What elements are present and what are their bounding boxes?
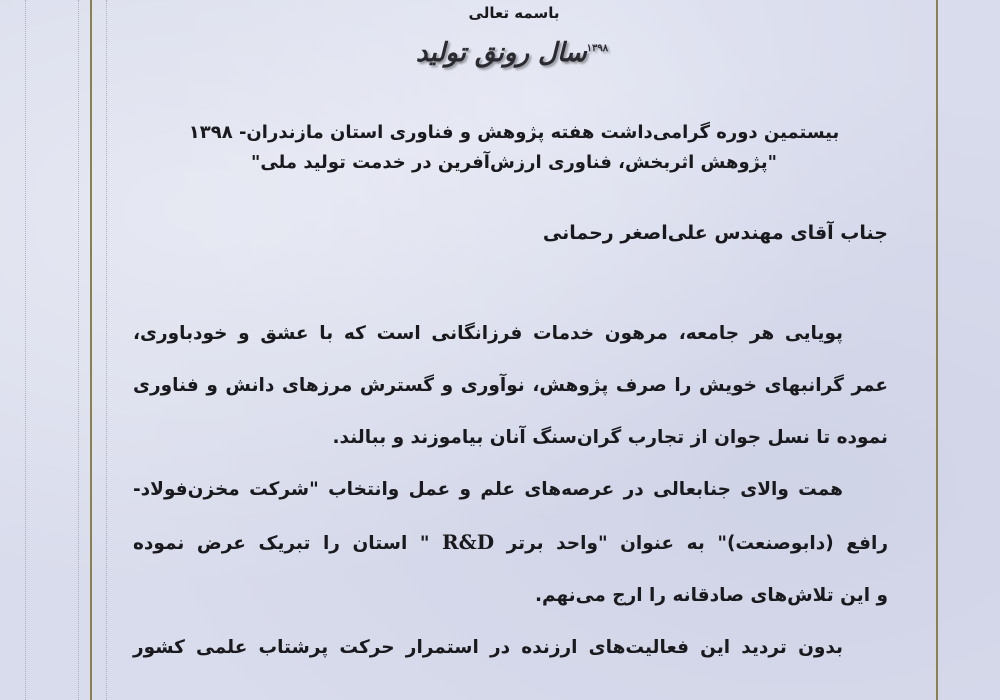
letter-body: پویایی هر جامعه، مرهون خدمات فرزانگانی ا… — [133, 308, 888, 674]
body-line: نموده تا نسل جوان از تجارب گران‌سنگ آنان… — [133, 412, 888, 464]
body-line: و این تلاش‌های صادقانه را ارج می‌نهم. — [133, 570, 888, 622]
rd-line-after: " استان را تبریک عرض نموده — [133, 533, 442, 554]
event-motto-line: "پژوهش اثربخش، فناوری ارزش‌آفرین در خدمت… — [92, 148, 936, 178]
frame-rule-right — [936, 0, 938, 700]
rd-highlight: R&D — [442, 530, 494, 554]
body-line: پویایی هر جامعه، مرهون خدمات فرزانگانی ا… — [133, 308, 888, 360]
body-line: همت والای جنابعالی در عرصه‌های علم و عمل… — [133, 464, 888, 516]
letter-page: باسمه تعالی ۱۳۹۸سال رونق تولید بیستمین د… — [92, 0, 936, 700]
addressee: جناب آقای مهندس علی‌اصغر رحمانی — [543, 222, 888, 244]
paragraph-3: بدون تردید این فعالیت‌های ارزنده در استم… — [133, 622, 888, 674]
scan-artifact-line — [25, 0, 26, 700]
body-line: عمر گرانبهای خویش را صرف پژوهش، نوآوری و… — [133, 360, 888, 412]
paragraph-1: پویایی هر جامعه، مرهون خدمات فرزانگانی ا… — [133, 308, 888, 464]
event-title-line: بیستمین دوره گرامی‌داشت هفته پژوهش و فنا… — [92, 118, 936, 148]
slogan-text: سال رونق تولید — [416, 38, 587, 68]
slogan-year: ۱۳۹۸ — [587, 43, 608, 54]
scan-artifact-line — [78, 0, 79, 700]
invocation-heading: باسمه تعالی — [92, 4, 936, 22]
body-line: بدون تردید این فعالیت‌های ارزنده در استم… — [133, 622, 888, 674]
event-title: بیستمین دوره گرامی‌داشت هفته پژوهش و فنا… — [92, 118, 936, 178]
rd-line-before: رافع (دابوصنعت)" به عنوان "واحد برتر — [494, 533, 888, 554]
slogan-calligraphy: ۱۳۹۸سال رونق تولید — [92, 38, 936, 68]
body-line-rd: رافع (دابوصنعت)" به عنوان "واحد برتر R&D… — [133, 516, 888, 570]
paragraph-2: همت والای جنابعالی در عرصه‌های علم و عمل… — [133, 464, 888, 622]
